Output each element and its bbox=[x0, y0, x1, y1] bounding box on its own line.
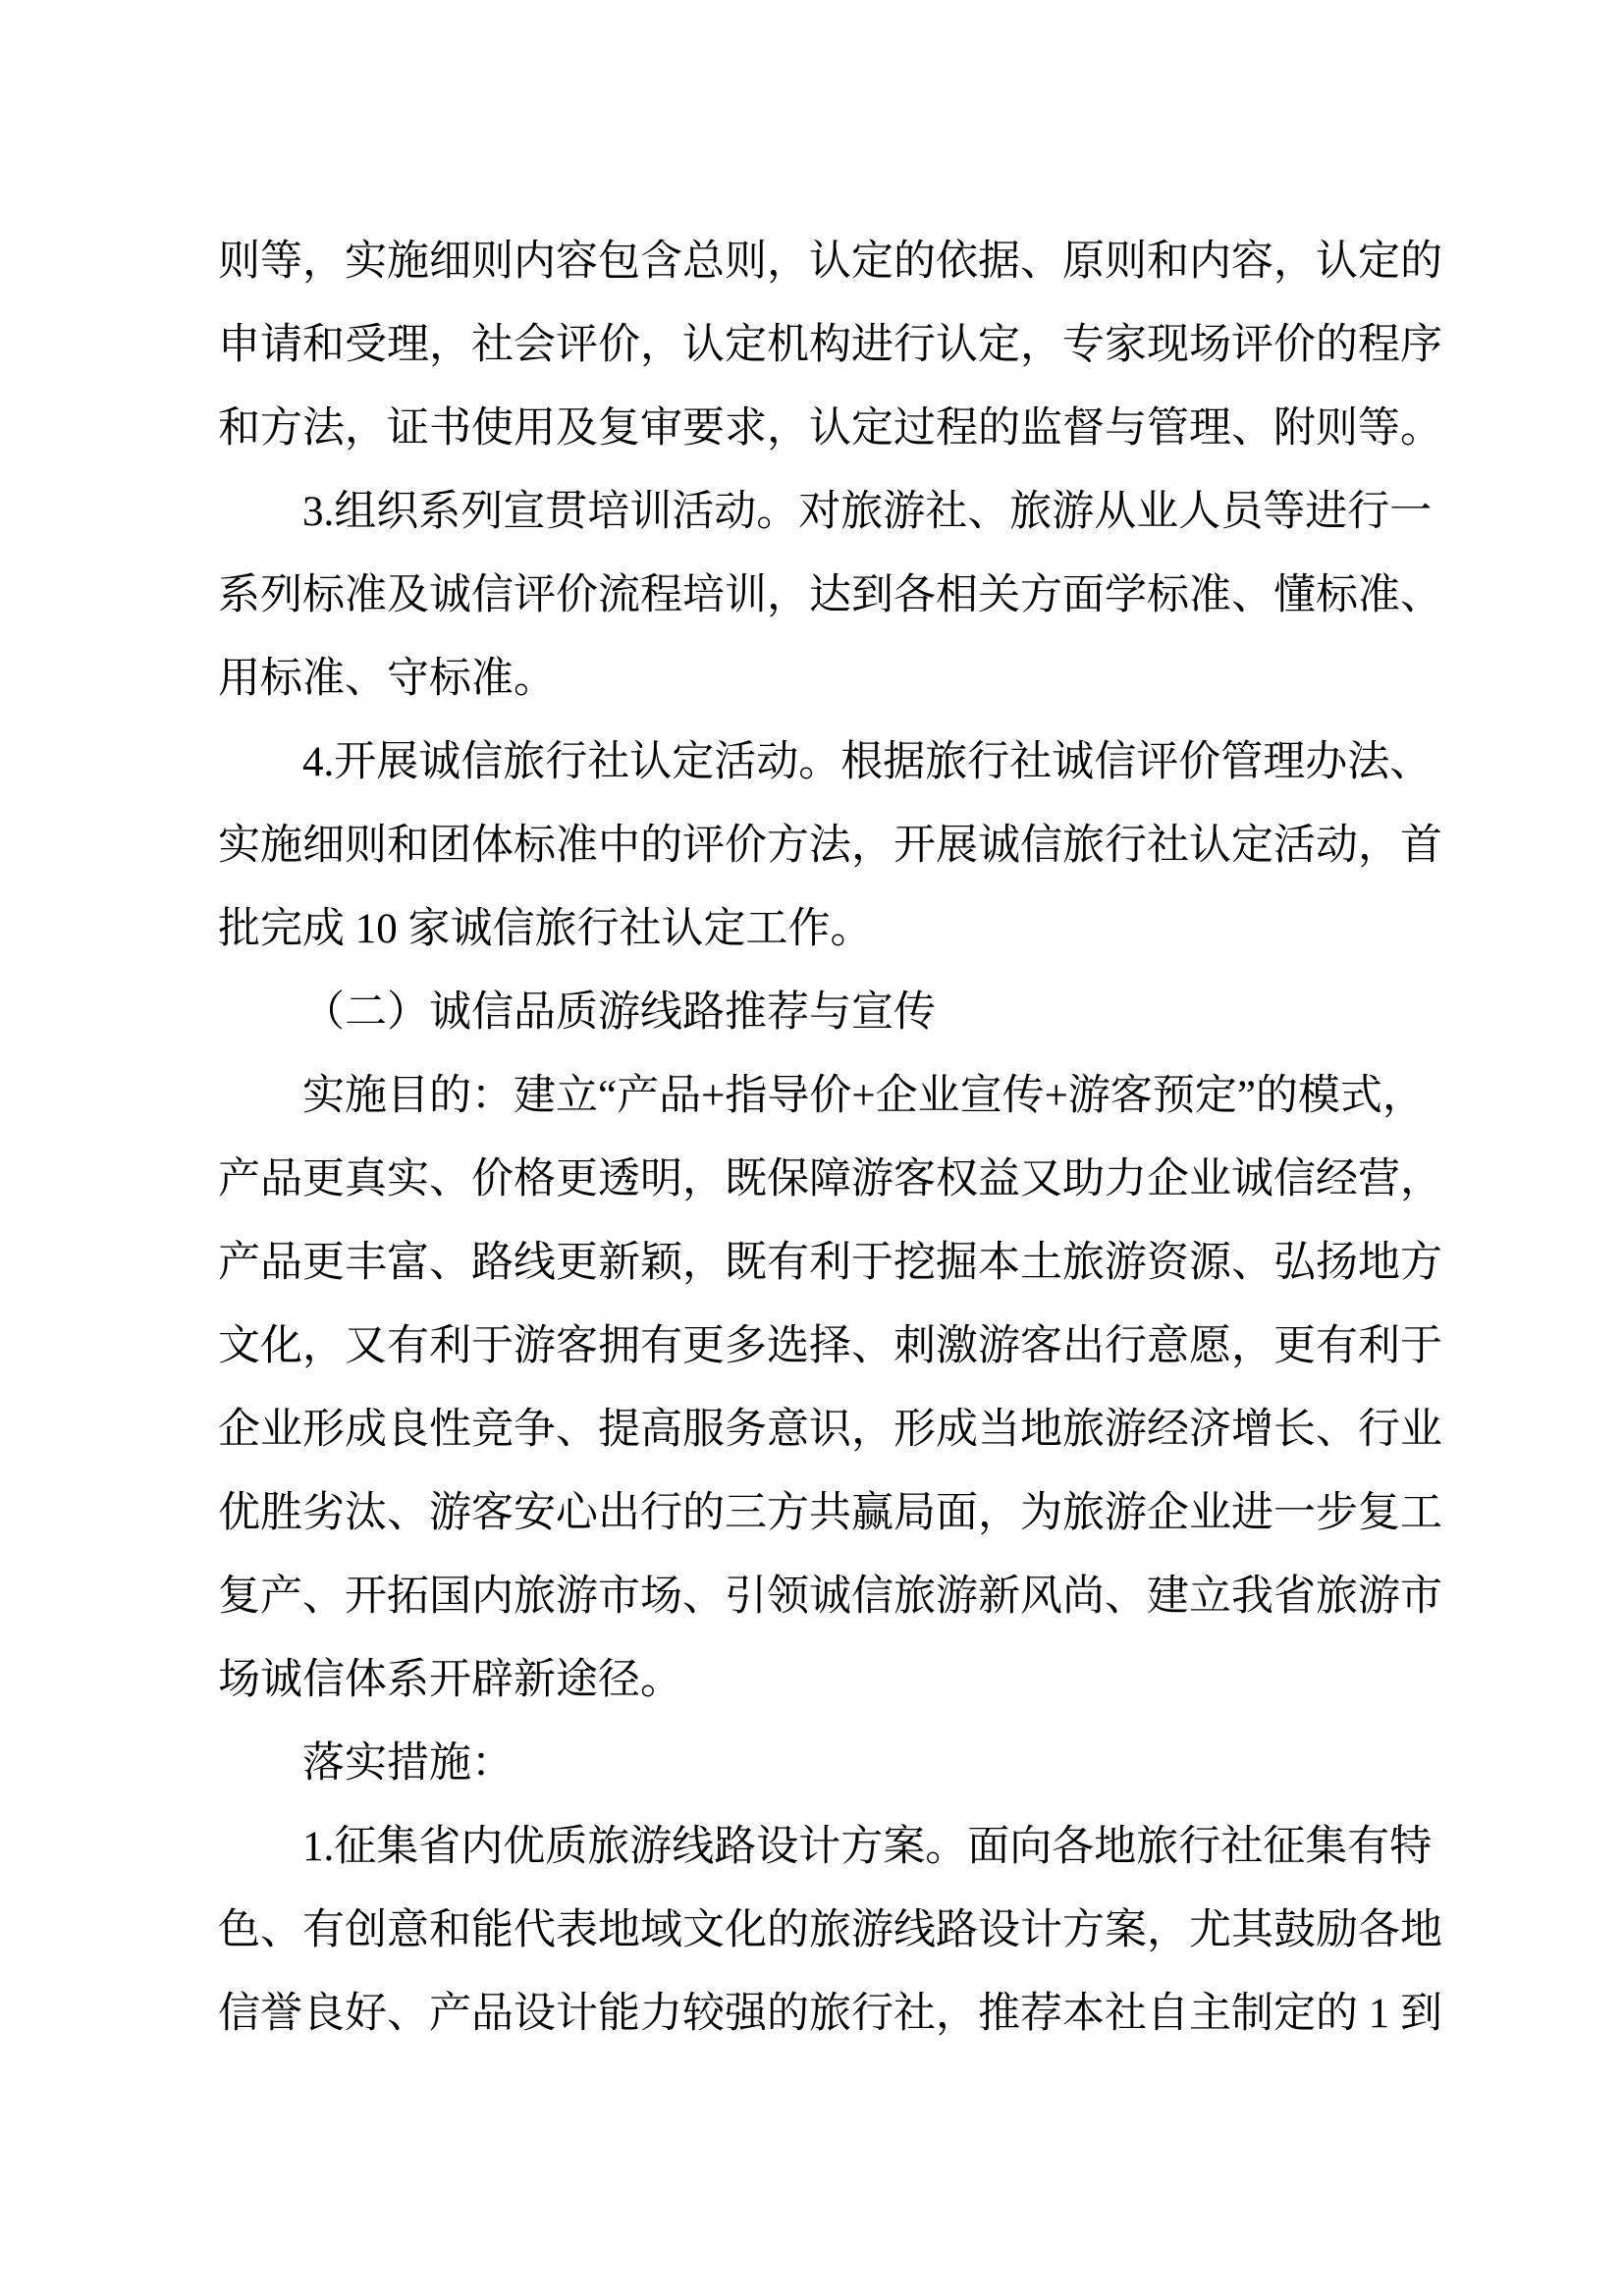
text-line: 申请和受理，社会评价，认定机构进行认定，专家现场评价的程序 bbox=[218, 303, 1420, 387]
text-line: 批完成 10 家诚信旅行社认定工作。 bbox=[218, 887, 1420, 971]
text-line: 落实措施： bbox=[218, 1722, 1420, 1805]
text-line: 优胜劣汰、游客安心出行的三方共赢局面，为旅游企业进一步复工 bbox=[218, 1471, 1420, 1555]
text-line: 复产、开拓国内旅游市场、引领诚信旅游新风尚、建立我省旅游市 bbox=[218, 1555, 1420, 1638]
text-line: 则等，实施细则内容包含总则，认定的依据、原则和内容，认定的 bbox=[218, 220, 1420, 303]
text-line: 文化，又有利于游客拥有更多选择、刺激游客出行意愿，更有利于 bbox=[218, 1305, 1420, 1388]
text-line: 场诚信体系开辟新途径。 bbox=[218, 1638, 1420, 1722]
text-line: 1.征集省内优质旅游线路设计方案。面向各地旅行社征集有特 bbox=[218, 1805, 1420, 1889]
section-heading: （二）诚信品质游线路推荐与宣传 bbox=[218, 971, 1420, 1054]
text-line: 企业形成良性竞争、提高服务意识，形成当地旅游经济增长、行业 bbox=[218, 1388, 1420, 1471]
text-line: 产品更真实、价格更透明，既保障游客权益又助力企业诚信经营， bbox=[218, 1138, 1420, 1221]
text-line: 4.开展诚信旅行社认定活动。根据旅行社诚信评价管理办法、 bbox=[218, 721, 1420, 804]
text-line: 信誉良好、产品设计能力较强的旅行社，推荐本社自主制定的 1 到 bbox=[218, 1972, 1420, 2056]
text-line: 实施目的：建立“产品+指导价+企业宣传+游客预定”的模式， bbox=[218, 1054, 1420, 1138]
text-line: 3.组织系列宣贯培训活动。对旅游社、旅游从业人员等进行一 bbox=[218, 470, 1420, 554]
text-line: 系列标准及诚信评价流程培训，达到各相关方面学标准、懂标准、 bbox=[218, 554, 1420, 637]
text-block: 则等，实施细则内容包含总则，认定的依据、原则和内容，认定的 申请和受理，社会评价… bbox=[218, 220, 1420, 2056]
text-line: 用标准、守标准。 bbox=[218, 637, 1420, 721]
text-line: 实施细则和团体标准中的评价方法，开展诚信旅行社认定活动，首 bbox=[218, 804, 1420, 887]
text-line: 产品更丰富、路线更新颖，既有利于挖掘本土旅游资源、弘扬地方 bbox=[218, 1221, 1420, 1305]
document-page: 则等，实施细则内容包含总则，认定的依据、原则和内容，认定的 申请和受理，社会评价… bbox=[0, 0, 1624, 2296]
text-line: 色、有创意和能代表地域文化的旅游线路设计方案，尤其鼓励各地 bbox=[218, 1889, 1420, 1972]
text-line: 和方法，证书使用及复审要求，认定过程的监督与管理、附则等。 bbox=[218, 387, 1420, 470]
